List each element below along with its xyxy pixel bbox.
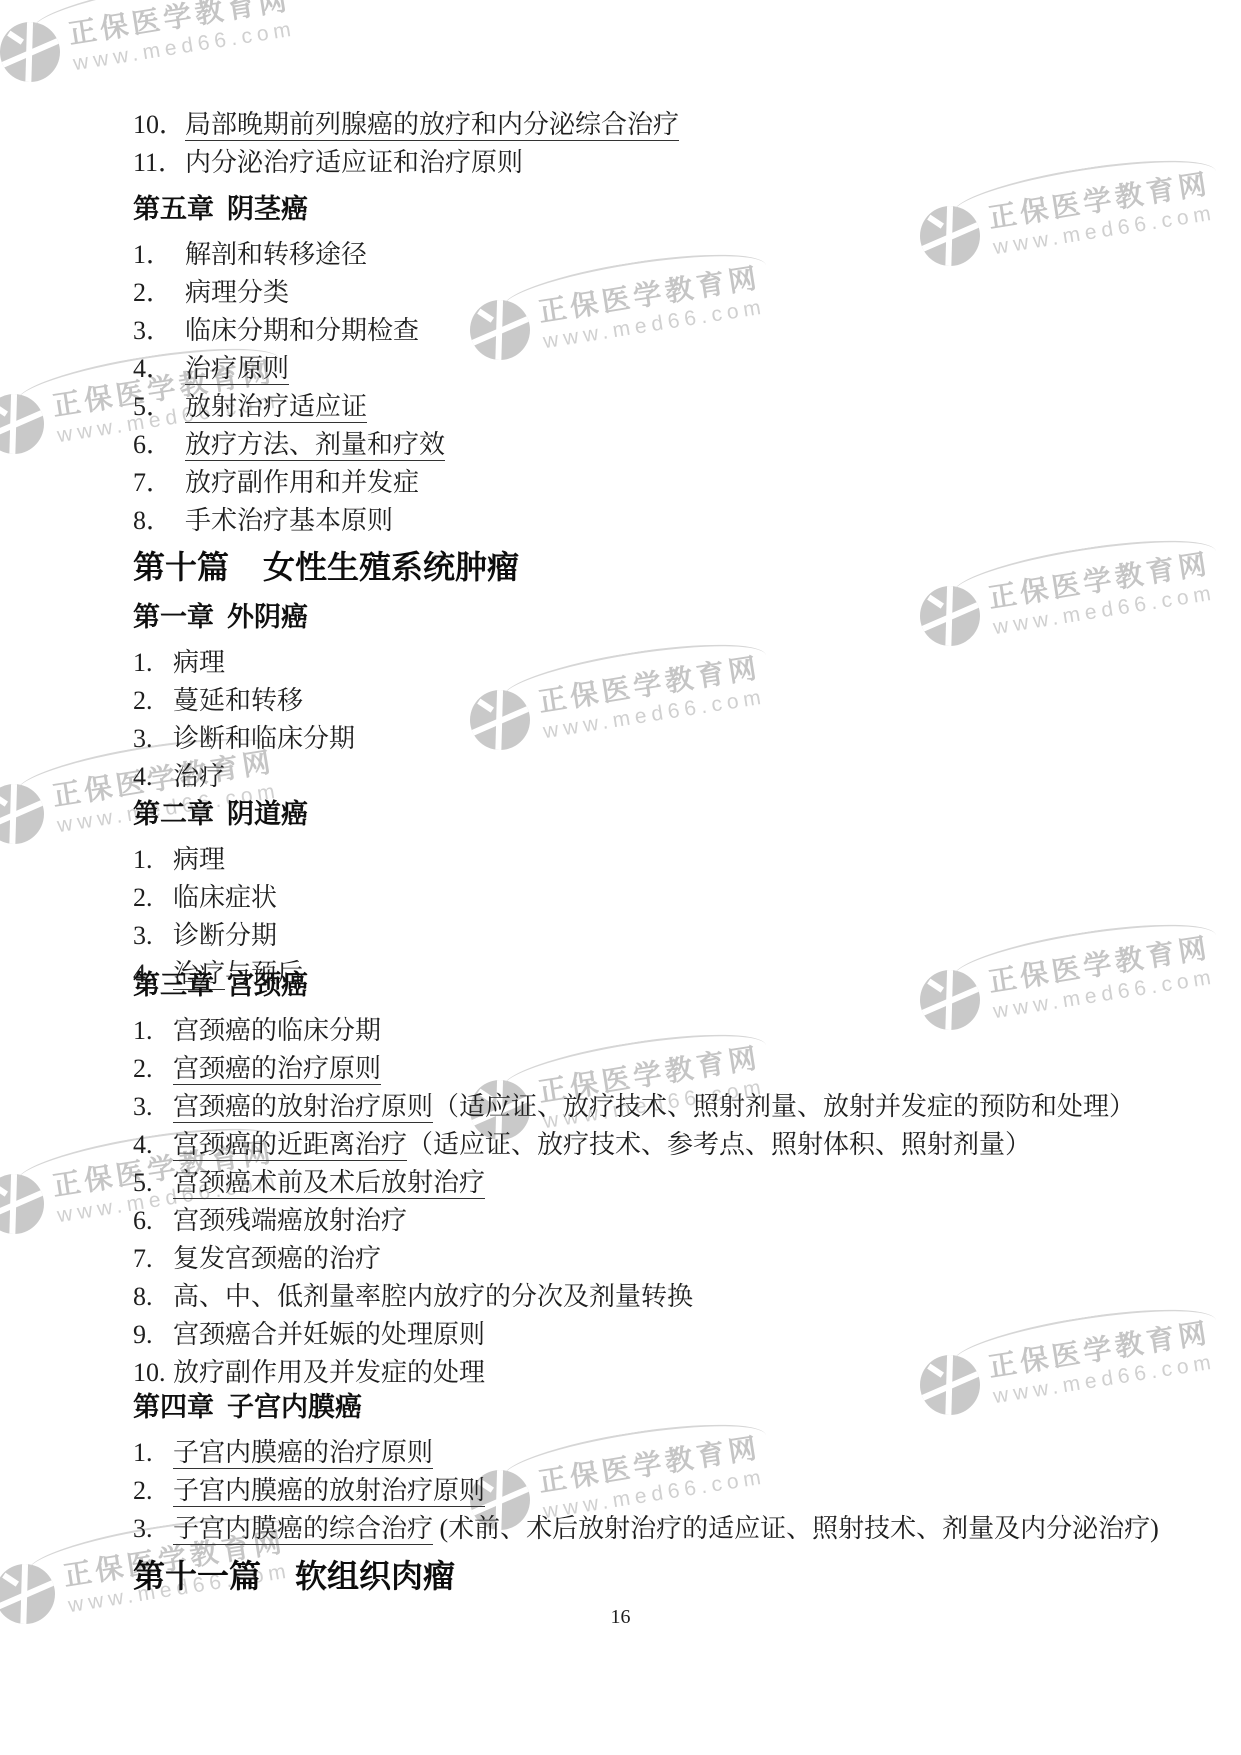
item-text: 病理 [173, 648, 225, 677]
toc-item: 1.病理 [133, 644, 1233, 682]
item-text: 诊断分期 [173, 921, 277, 950]
item-text: 治疗 [173, 762, 225, 791]
toc-item: 10．局部晚期前列腺癌的放疗和内分泌综合治疗 [133, 106, 1233, 144]
toc-item: 5.宫颈癌术前及术后放射治疗 [133, 1164, 1233, 1202]
heading-label: 第四章 [133, 1392, 214, 1422]
toc-item: 7.复发宫颈癌的治疗 [133, 1240, 1233, 1278]
chapter-1-vulvar-cancer: 第一章外阴癌1.病理2.蔓延和转移3.诊断和临床分期4.治疗 [133, 598, 1233, 796]
item-number: 1. [133, 1434, 173, 1472]
toc-item: 2.蔓延和转移 [133, 682, 1233, 720]
heading-name: 阴茎癌 [227, 194, 308, 224]
item-text: 高、中、低剂量率腔内放疗的分次及剂量转换 [173, 1282, 693, 1311]
chapter-heading: 第一章外阴癌 [133, 598, 1233, 636]
item-text: 宫颈残端癌放射治疗 [173, 1206, 407, 1235]
heading-label: 第十篇 [133, 549, 229, 585]
toc-item: 3.子宫内膜癌的综合治疗 (术前、术后放射治疗的适应证、照射技术、剂量及内分泌治… [133, 1510, 1233, 1548]
toc-item: 2.子宫内膜癌的放射治疗原则 [133, 1472, 1233, 1510]
heading-label: 第十一篇 [133, 1558, 261, 1594]
item-text-underlined: 治疗原则 [185, 354, 289, 385]
toc-item: 7．放疗副作用和并发症 [133, 464, 1233, 502]
watermark: 正保医学教育网 www.med66.com [0, 0, 298, 89]
chapter-heading: 第四章子宫内膜癌 [133, 1388, 1233, 1426]
heading-label: 第一章 [133, 602, 214, 632]
med66-logo-icon [0, 389, 50, 462]
item-number: 7． [133, 464, 185, 502]
item-number: 1. [133, 644, 173, 682]
item-text: 宫颈癌合并妊娠的处理原则 [173, 1320, 485, 1349]
item-text-underlined: 局部晚期前列腺癌的放疗和内分泌综合治疗 [185, 110, 679, 141]
item-text: 手术治疗基本原则 [185, 506, 393, 535]
item-number: 5． [133, 388, 185, 426]
heading-name: 子宫内膜癌 [227, 1392, 362, 1422]
part-10-heading-section: 第十篇女性生殖系统肿瘤 [133, 545, 1233, 589]
item-number: 1． [133, 236, 185, 274]
item-number: 3. [133, 1088, 173, 1126]
item-text-underlined: 子宫内膜癌的治疗原则 [173, 1438, 433, 1469]
item-number: 4． [133, 350, 185, 388]
item-text: 临床症状 [173, 883, 277, 912]
item-number: 2. [133, 682, 173, 720]
heading-name: 阴道癌 [227, 799, 308, 829]
item-text: 宫颈癌的临床分期 [173, 1016, 381, 1045]
toc-item: 9.宫颈癌合并妊娠的处理原则 [133, 1316, 1233, 1354]
toc-item: 6.宫颈残端癌放射治疗 [133, 1202, 1233, 1240]
med66-logo-icon [0, 1169, 50, 1242]
item-number: 7. [133, 1240, 173, 1278]
item-number: 1. [133, 841, 173, 879]
chapter-4-endometrial-cancer: 第四章子宫内膜癌1.子宫内膜癌的治疗原则2.子宫内膜癌的放射治疗原则3.子宫内膜… [133, 1388, 1233, 1548]
item-text: (术前、术后放射治疗的适应证、照射技术、剂量及内分泌治疗) [433, 1514, 1159, 1543]
toc-item: 1．解剖和转移途径 [133, 236, 1233, 274]
item-number: 2． [133, 274, 185, 312]
page-number: 16 [0, 1606, 1241, 1629]
item-text: 内分泌治疗适应证和治疗原则 [185, 148, 523, 177]
item-text: 病理 [173, 845, 225, 874]
item-number: 10. [133, 1354, 173, 1392]
item-number: 3． [133, 312, 185, 350]
chapter-heading: 第五章阴茎癌 [133, 190, 1233, 228]
item-number: 4. [133, 1126, 173, 1164]
item-text: 诊断和临床分期 [173, 724, 355, 753]
item-number: 6． [133, 426, 185, 464]
toc-item: 10.放疗副作用及并发症的处理 [133, 1354, 1233, 1392]
item-text-underlined: 放射治疗适应证 [185, 392, 367, 423]
watermark-cn-text: 正保医学教育网 [66, 0, 293, 52]
toc-item: 2.宫颈癌的治疗原则 [133, 1050, 1233, 1088]
item-number: 2. [133, 879, 173, 917]
item-number: 1. [133, 1012, 173, 1050]
item-text-underlined: 放疗方法、剂量和疗效 [185, 430, 445, 461]
item-text: 解剖和转移途径 [185, 240, 367, 269]
toc-item: 11．内分泌治疗适应证和治疗原则 [133, 144, 1233, 182]
item-number: 3. [133, 720, 173, 758]
item-text-underlined: 子宫内膜癌的综合治疗 [173, 1514, 433, 1545]
heading-name: 宫颈癌 [227, 970, 308, 1000]
item-number: 2. [133, 1050, 173, 1088]
toc-item: 3.诊断分期 [133, 917, 1233, 955]
chapter-2-vaginal-cancer: 第二章阴道癌1.病理2.临床症状3.诊断分期4.治疗与预后 [133, 795, 1233, 993]
chapter-heading: 第三章宫颈癌 [133, 966, 1233, 1004]
toc-item: 4.宫颈癌的近距离治疗（适应证、放疗技术、参考点、照射体积、照射剂量） [133, 1126, 1233, 1164]
item-text: 蔓延和转移 [173, 686, 303, 715]
toc-item: 1.病理 [133, 841, 1233, 879]
item-text: （适应证、放疗技术、参考点、照射体积、照射剂量） [407, 1130, 1031, 1159]
toc-item: 1.宫颈癌的临床分期 [133, 1012, 1233, 1050]
item-number: 8. [133, 1278, 173, 1316]
item-number: 9. [133, 1316, 173, 1354]
chapter-5-penile-cancer: 第五章阴茎癌1．解剖和转移途径2．病理分类3．临床分期和分期检查4．治疗原则5．… [133, 190, 1233, 540]
toc-item: 8.高、中、低剂量率腔内放疗的分次及剂量转换 [133, 1278, 1233, 1316]
toc-item: 1.子宫内膜癌的治疗原则 [133, 1434, 1233, 1472]
item-number: 3. [133, 917, 173, 955]
heading-name: 女性生殖系统肿瘤 [263, 549, 519, 585]
toc-intro-items: 10．局部晚期前列腺癌的放疗和内分泌综合治疗11．内分泌治疗适应证和治疗原则 [133, 106, 1233, 182]
toc-item: 8．手术治疗基本原则 [133, 502, 1233, 540]
toc-item: 5．放射治疗适应证 [133, 388, 1233, 426]
item-text-underlined: 宫颈癌术前及术后放射治疗 [173, 1168, 485, 1199]
toc-item: 2．病理分类 [133, 274, 1233, 312]
item-number: 3. [133, 1510, 173, 1548]
item-text: 放疗副作用和并发症 [185, 468, 419, 497]
item-text: 临床分期和分期检查 [185, 316, 419, 345]
item-number: 5. [133, 1164, 173, 1202]
heading-label: 第二章 [133, 799, 214, 829]
part-heading: 第十篇女性生殖系统肿瘤 [133, 545, 1233, 589]
item-number: 11． [133, 144, 185, 182]
heading-label: 第三章 [133, 970, 214, 1000]
chapter-heading: 第二章阴道癌 [133, 795, 1233, 833]
item-text-underlined: 子宫内膜癌的放射治疗原则 [173, 1476, 485, 1507]
toc-item: 4．治疗原则 [133, 350, 1233, 388]
toc-item: 4.治疗 [133, 758, 1233, 796]
item-number: 10． [133, 106, 185, 144]
item-text: （适应证、放疗技术、照射剂量、放射并发症的预防和处理） [433, 1092, 1135, 1121]
item-text-underlined: 宫颈癌的放射治疗原则 [173, 1092, 433, 1123]
toc-item: 3.诊断和临床分期 [133, 720, 1233, 758]
part-11-heading-section: 第十一篇软组织肉瘤 [133, 1554, 1233, 1598]
item-text: 病理分类 [185, 278, 289, 307]
heading-name: 软组织肉瘤 [295, 1558, 455, 1594]
med66-logo-icon [0, 17, 66, 90]
item-number: 4. [133, 758, 173, 796]
toc-item: 3.宫颈癌的放射治疗原则（适应证、放疗技术、照射剂量、放射并发症的预防和处理） [133, 1088, 1233, 1126]
item-number: 6. [133, 1202, 173, 1240]
med66-logo-icon [0, 779, 50, 852]
item-number: 8． [133, 502, 185, 540]
item-text: 放疗副作用及并发症的处理 [173, 1358, 485, 1387]
toc-item: 3．临床分期和分期检查 [133, 312, 1233, 350]
heading-name: 外阴癌 [227, 602, 308, 632]
part-heading: 第十一篇软组织肉瘤 [133, 1554, 1233, 1598]
heading-label: 第五章 [133, 194, 214, 224]
toc-item: 6．放疗方法、剂量和疗效 [133, 426, 1233, 464]
item-text-underlined: 宫颈癌的近距离治疗 [173, 1130, 407, 1161]
item-text-underlined: 宫颈癌的治疗原则 [173, 1054, 381, 1085]
item-text: 复发宫颈癌的治疗 [173, 1244, 381, 1273]
chapter-3-cervical-cancer: 第三章宫颈癌1.宫颈癌的临床分期2.宫颈癌的治疗原则3.宫颈癌的放射治疗原则（适… [133, 966, 1233, 1392]
toc-item: 2.临床症状 [133, 879, 1233, 917]
watermark-arc [30, 0, 300, 53]
item-number: 2. [133, 1472, 173, 1510]
watermark-text: 正保医学教育网 www.med66.com [66, 0, 298, 77]
watermark-url-text: www.med66.com [71, 16, 297, 77]
